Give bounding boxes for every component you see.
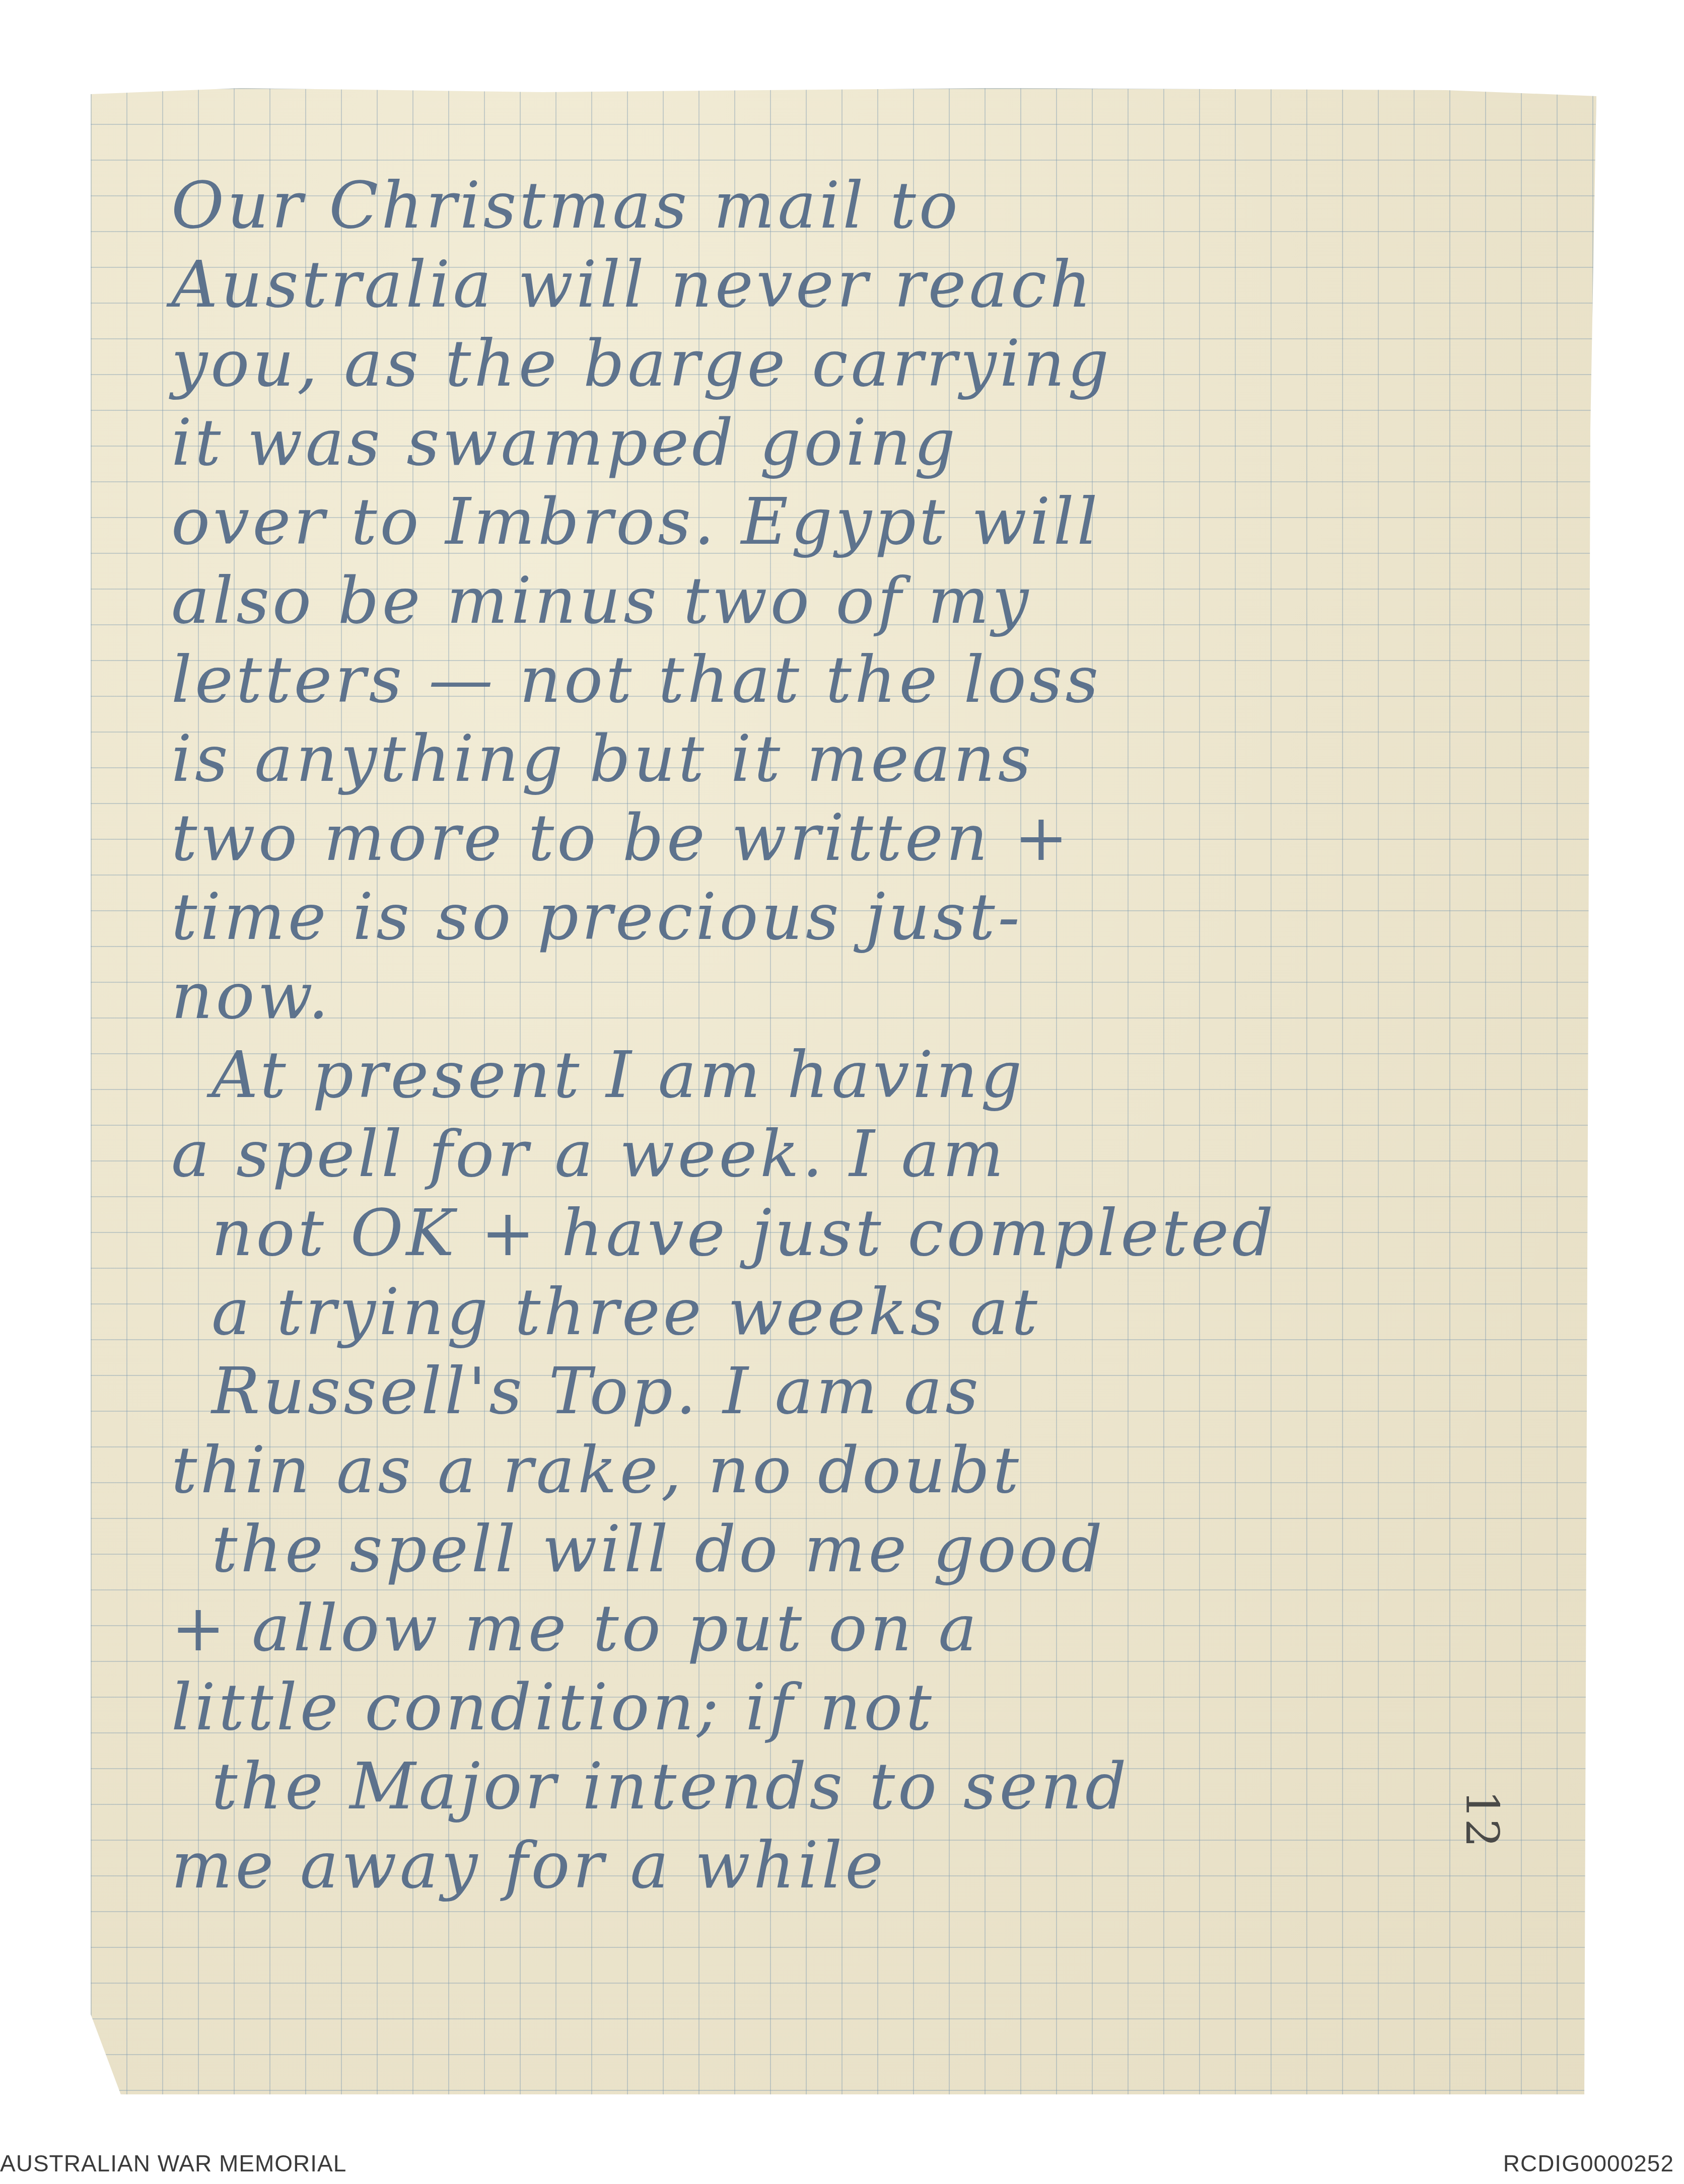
letter-line: Australia will never reach (171, 245, 1581, 324)
letter-line: a spell for a week. I am (171, 1115, 1581, 1194)
letter-line: it was swamped going (171, 403, 1581, 482)
letter-line: letters — not that the loss (171, 640, 1581, 719)
letter-line: little condition; if not (171, 1668, 1581, 1747)
letter-line: over to Imbros. Egypt will (171, 482, 1581, 561)
letter-line: At present I am having (171, 1036, 1581, 1115)
handwritten-letter-text: Our Christmas mail to Australia will nev… (171, 166, 1581, 1905)
letter-line: you, as the barge carrying (171, 324, 1581, 403)
letter-line: + allow me to put on a (171, 1589, 1581, 1668)
letter-line: thin as a rake, no doubt (171, 1431, 1581, 1510)
letter-line: time is so precious just- (171, 878, 1581, 957)
record-reference: RCDIG0000252 (1503, 2150, 1674, 2177)
institution-credit: AUSTRALIAN WAR MEMORIAL (0, 2150, 346, 2177)
letter-line: Our Christmas mail to (171, 166, 1581, 245)
letter-line: not OK + have just completed (171, 1194, 1581, 1273)
letter-line: also be minus two of my (171, 561, 1581, 640)
letter-line: me away for a while (171, 1826, 1581, 1905)
letter-line: the spell will do me good (171, 1510, 1581, 1589)
letter-line: the Major intends to send (171, 1747, 1581, 1826)
letter-line: is anything but it means (171, 719, 1581, 798)
letter-line: Russell's Top. I am as (171, 1352, 1581, 1431)
page-number: 12 (1455, 1790, 1508, 1848)
letter-line: now. (171, 957, 1581, 1036)
letter-line: a trying three weeks at (171, 1273, 1581, 1352)
letter-line: two more to be written + (171, 798, 1581, 878)
